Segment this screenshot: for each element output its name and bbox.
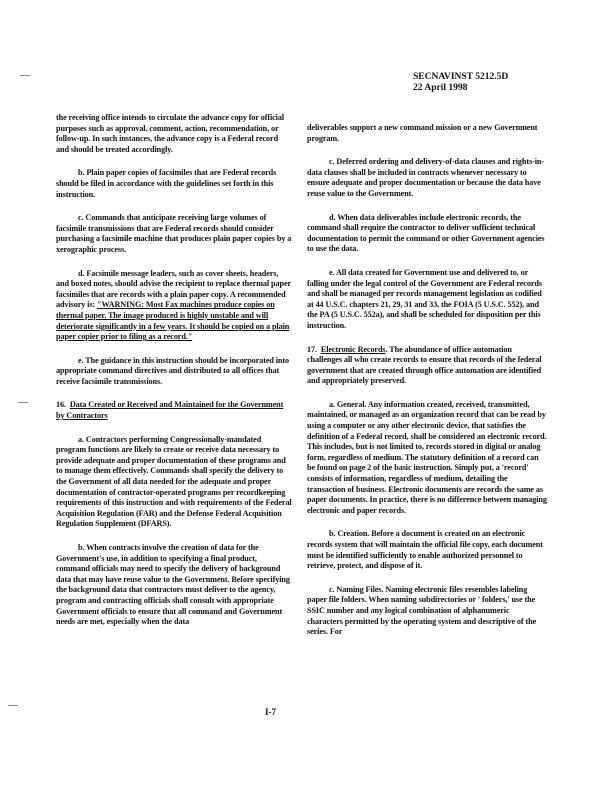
section-16-heading: 16. Data Created or Received and Maintai… [56, 400, 292, 421]
paragraph-16a: a. Contractors performing Congressionall… [56, 435, 292, 530]
left-column: the receiving office intends to circulat… [56, 113, 292, 641]
paragraph-16d: d. When data deliverables include electr… [307, 213, 547, 255]
section-17-number: 17. [307, 345, 317, 354]
margin-mark [18, 402, 28, 403]
section-17-title: Electronic Records [321, 345, 386, 354]
document-date: 22 April 1998 [413, 83, 508, 94]
right-column: deliverables support a new command missi… [307, 123, 547, 651]
paragraph-15b: b. Plain paper copies of facsimiles that… [56, 168, 292, 200]
paragraph-15d: d. Facsimile message leaders, such as co… [56, 269, 292, 343]
paragraph-16b: b. When contracts involve the creation o… [56, 543, 292, 628]
section-16-number: 16. [56, 400, 66, 409]
section-17: 17. Electronic Records. The abundance of… [307, 345, 547, 387]
paragraph-continued: the receiving office intends to circulat… [56, 113, 292, 155]
paragraph-15c: c. Commands that anticipate receiving la… [56, 213, 292, 255]
paragraph-16c: c. Deferred ordering and delivery-of-dat… [307, 157, 547, 199]
page-header: SECNAVINST 5212.5D 22 April 1998 [413, 72, 508, 94]
paragraph-17b: b. Creation. Before a document is create… [307, 529, 547, 571]
paragraph-15e: e. The guidance in this instruction shou… [56, 356, 292, 388]
document-id: SECNAVINST 5212.5D [413, 72, 508, 83]
page-number: I-7 [265, 707, 276, 717]
margin-mark [8, 705, 18, 706]
paragraph-16e: e. All data created for Government use a… [307, 268, 547, 332]
paragraph-17a: a. General. Any information created, rec… [307, 400, 547, 517]
section-16-title: Data Created or Received and Maintained … [56, 400, 283, 420]
paragraph-17c: c. Naming Files. Naming electronic files… [307, 585, 547, 638]
margin-mark [20, 75, 30, 76]
paragraph-continued: deliverables support a new command missi… [307, 123, 547, 144]
